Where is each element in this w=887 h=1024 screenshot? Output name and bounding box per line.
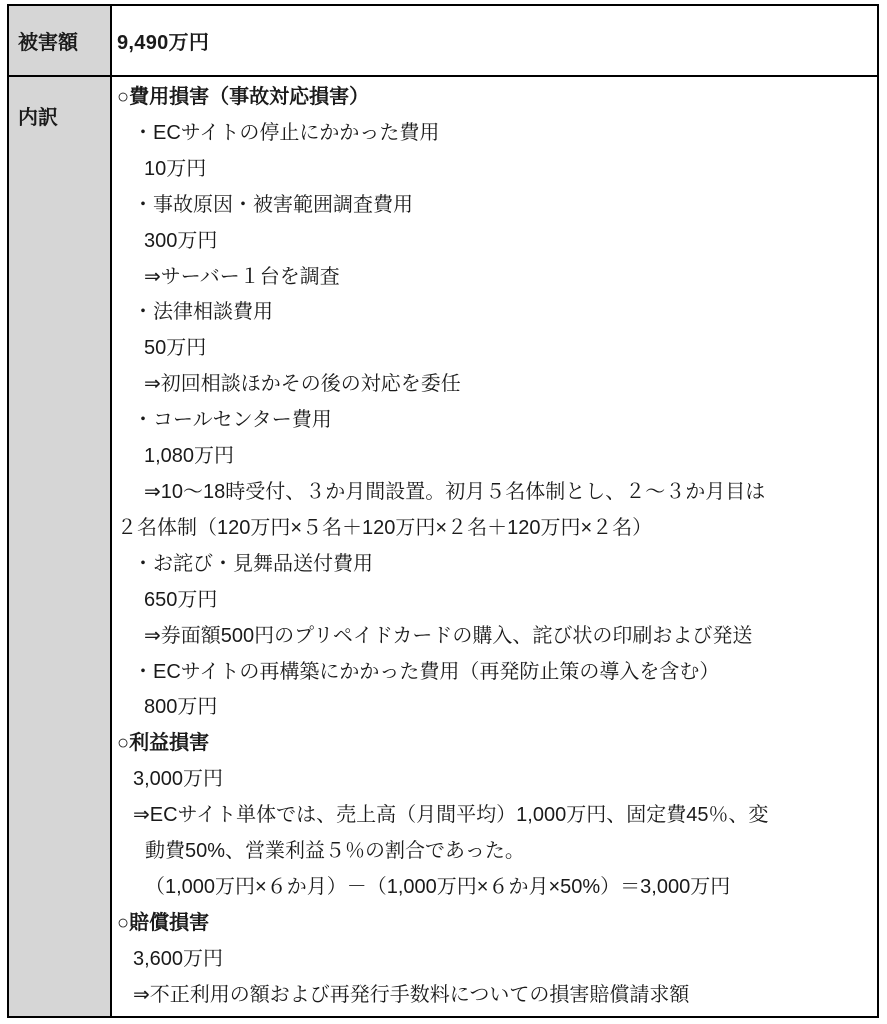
breakdown-line: 1,080万円 xyxy=(117,439,873,475)
damage-amount-value-cell: 9,490万円 xyxy=(112,6,877,75)
breakdown-row: 内訳 ○費用損害（事故対応損害）・ECサイトの停止にかかった費用10万円・事故原… xyxy=(9,77,877,1016)
breakdown-line: ・ECサイトの再構築にかかった費用（再発防止策の導入を含む） xyxy=(117,655,873,691)
breakdown-line: ○費用損害（事故対応損害） xyxy=(117,80,873,116)
damage-amount-row: 被害額 9,490万円 xyxy=(9,6,877,77)
breakdown-line: 650万円 xyxy=(117,583,873,619)
breakdown-line: 10万円 xyxy=(117,152,873,188)
breakdown-line: ○利益損害 xyxy=(117,726,873,762)
breakdown-line: ・法律相談費用 xyxy=(117,295,873,331)
breakdown-line: 800万円 xyxy=(117,690,873,726)
breakdown-label: 内訳 xyxy=(18,107,58,129)
breakdown-line: ○賠償損害 xyxy=(117,906,873,942)
damage-table: 被害額 9,490万円 内訳 ○費用損害（事故対応損害）・ECサイトの停止にかか… xyxy=(7,4,879,1018)
breakdown-line: 動費50%、営業利益５％の割合であった。 xyxy=(117,834,873,870)
breakdown-line: ⇒初回相談ほかその後の対応を委任 xyxy=(117,367,873,403)
breakdown-line: ２名体制（120万円×５名＋120万円×２名＋120万円×２名） xyxy=(117,511,873,547)
breakdown-line: ・ECサイトの停止にかかった費用 xyxy=(117,116,873,152)
breakdown-label-cell: 内訳 xyxy=(9,77,112,1016)
breakdown-line: 3,000万円 xyxy=(117,762,873,798)
breakdown-line: ・コールセンター費用 xyxy=(117,403,873,439)
breakdown-line: 3,600万円 xyxy=(117,942,873,978)
breakdown-line: ・お詫び・見舞品送付費用 xyxy=(117,547,873,583)
breakdown-line: ⇒券面額500円のプリペイドカードの購入、詫び状の印刷および発送 xyxy=(117,619,873,655)
breakdown-content: ○費用損害（事故対応損害）・ECサイトの停止にかかった費用10万円・事故原因・被… xyxy=(112,77,877,1016)
breakdown-line: ⇒サーバー１台を調査 xyxy=(117,260,873,296)
breakdown-line: 300万円 xyxy=(117,224,873,260)
damage-amount-value: 9,490万円 xyxy=(117,26,209,55)
damage-amount-label-cell: 被害額 xyxy=(9,6,112,75)
breakdown-line: ⇒不正利用の額および再発行手数料についての損害賠償請求額 xyxy=(117,978,873,1014)
breakdown-line: 50万円 xyxy=(117,331,873,367)
breakdown-line: （1,000万円×６か月）－（1,000万円×６か月×50%）＝3,000万円 xyxy=(117,870,873,906)
breakdown-line: ⇒10～18時受付、３か月間設置。初月５名体制とし、２～３か月目は xyxy=(117,475,873,511)
breakdown-line: ⇒ECサイト単体では、売上高（月間平均）1,000万円、固定費45％、変 xyxy=(117,798,873,834)
damage-amount-label: 被害額 xyxy=(18,26,78,55)
breakdown-line: ・事故原因・被害範囲調査費用 xyxy=(117,188,873,224)
